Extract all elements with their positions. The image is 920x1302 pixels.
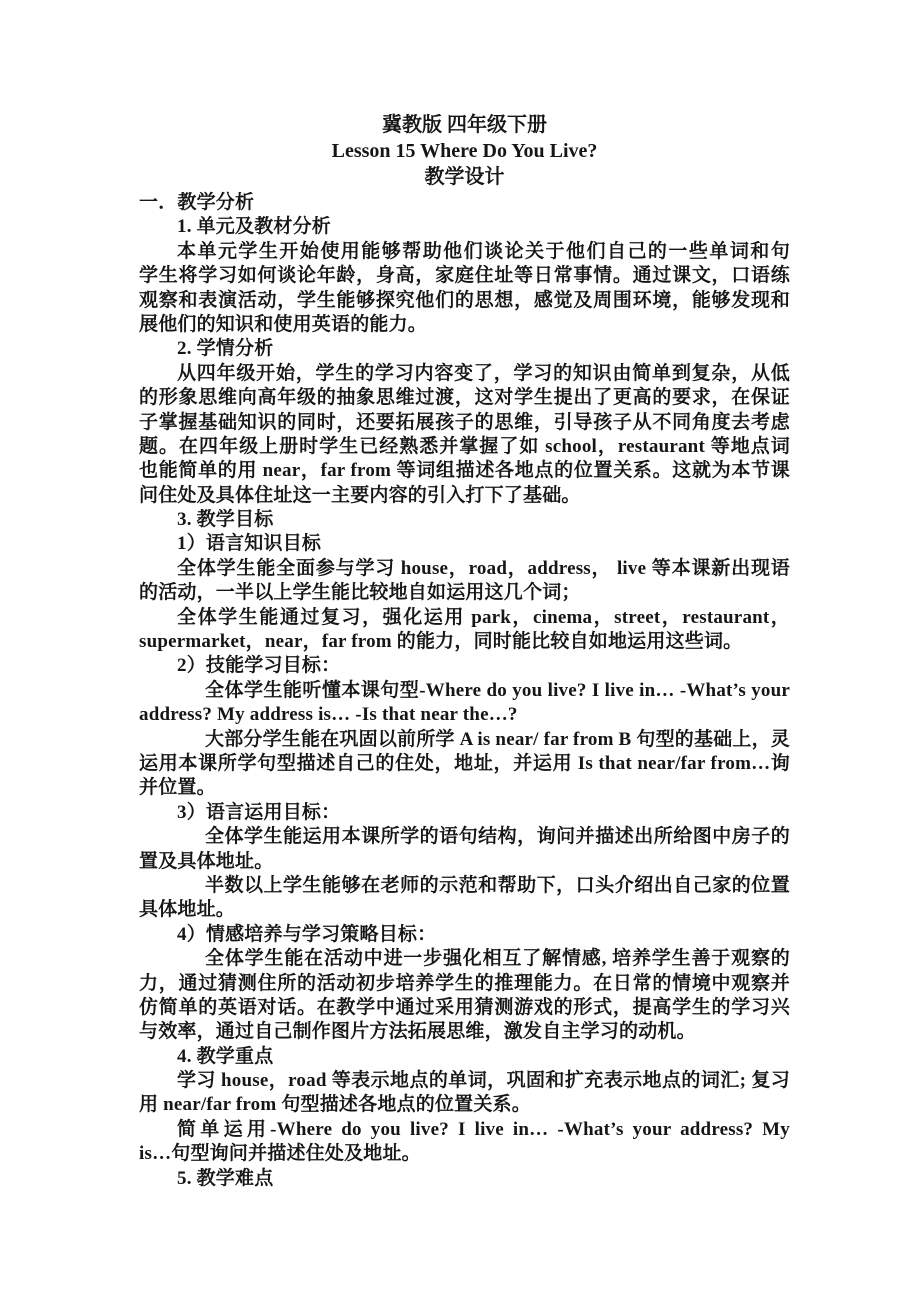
doc-title-lesson: Lesson 15 Where Do You Live? — [139, 138, 790, 164]
document-line: 大部分学生能在巩固以前所学 A is near/ far from B 句型的基… — [139, 728, 790, 752]
document-line: 具体地址。 — [139, 898, 790, 922]
document-line: 仿简单的英语对话。在教学中通过采用猜测游戏的形式，提高学生的学习兴趣 — [139, 996, 790, 1020]
document-line: is…句型询问并描述住处及地址。 — [139, 1142, 790, 1166]
document-line: 全体学生能听懂本课句型-Where do you live? I live in… — [139, 679, 790, 703]
document-line: address? My address is… -Is that near th… — [139, 703, 790, 727]
document-line: 展他们的知识和使用英语的能力。 — [139, 313, 790, 337]
document-line: 子掌握基础知识的同时，还要拓展孩子的思维，引导孩子从不同角度去考虑问 — [139, 411, 790, 435]
document-line: 一．教学分析 — [139, 191, 790, 215]
document-line: 的形象思维向高年级的抽象思维过渡，这对学生提出了更高的要求，在保证孩 — [139, 386, 790, 410]
document-line: 置及具体地址。 — [139, 850, 790, 874]
doc-title-subtitle: 教学设计 — [139, 164, 790, 190]
document-line: 运用本课所学句型描述自己的住处，地址，并运用 Is that near/far … — [139, 752, 790, 776]
document-body: 一．教学分析1. 单元及教材分析本单元学生开始使用能够帮助他们谈论关于他们自己的… — [139, 191, 790, 1191]
doc-title-edition: 冀教版 四年级下册 — [139, 112, 790, 138]
document-line: 观察和表演活动，学生能够探究他们的思想，感觉及周围环境，能够发现和拓 — [139, 289, 790, 313]
document-line: 学生将学习如何谈论年龄，身高，家庭住址等日常事情。通过课文，口语练习， — [139, 264, 790, 288]
document-line: 简单运用-Where do you live? I live in… -What… — [139, 1118, 790, 1142]
document-line: 1. 单元及教材分析 — [139, 215, 790, 239]
document-line: 问住处及具体住址这一主要内容的引入打下了基础。 — [139, 484, 790, 508]
document-page: 冀教版 四年级下册 Lesson 15 Where Do You Live? 教… — [0, 0, 920, 1302]
document-line: 3. 教学目标 — [139, 508, 790, 532]
document-line: 全体学生能运用本课所学的语句结构，询问并描述出所给图中房子的位 — [139, 825, 790, 849]
document-line: supermarket，near，far from 的能力，同时能比较自如地运用… — [139, 630, 790, 654]
document-line: 并位置。 — [139, 776, 790, 800]
document-line: 半数以上学生能够在老师的示范和帮助下，口头介绍出自己家的位置及 — [139, 874, 790, 898]
document-line: 力，通过猜测住所的活动初步培养学生的推理能力。在日常的情境中观察并模 — [139, 972, 790, 996]
document-line: 2. 学情分析 — [139, 337, 790, 361]
document-line: 全体学生能在活动中进一步强化相互了解情感, 培养学生善于观察的能 — [139, 947, 790, 971]
document-line: 的活动，一半以上学生能比较地自如运用这几个词； — [139, 581, 790, 605]
document-line: 4. 教学重点 — [139, 1045, 790, 1069]
document-line: 3）语言运用目标： — [139, 801, 790, 825]
document-line: 学习 house，road 等表示地点的单词，巩固和扩充表示地点的词汇; 复习运 — [139, 1069, 790, 1093]
document-line: 1）语言知识目标 — [139, 532, 790, 556]
document-line: 全体学生能全面参与学习 house，road，address， live 等本课… — [139, 557, 790, 581]
document-line: 4）情感培养与学习策略目标： — [139, 923, 790, 947]
document-line: 5. 教学难点 — [139, 1167, 790, 1191]
document-line: 2）技能学习目标： — [139, 654, 790, 678]
document-line: 与效率，通过自己制作图片方法拓展思维，激发自主学习的动机。 — [139, 1020, 790, 1044]
document-line: 本单元学生开始使用能够帮助他们谈论关于他们自己的一些单词和句子。 — [139, 240, 790, 264]
document-line: 题。在四年级上册时学生已经熟悉并掌握了如 school，restaurant 等… — [139, 435, 790, 459]
document-line: 用 near/far from 句型描述各地点的位置关系。 — [139, 1093, 790, 1117]
document-content: 冀教版 四年级下册 Lesson 15 Where Do You Live? 教… — [139, 112, 790, 1191]
document-line: 从四年级开始，学生的学习内容变了，学习的知识由简单到复杂，从低年级 — [139, 362, 790, 386]
document-line: 也能简单的用 near，far from 等词组描述各地点的位置关系。这就为本节… — [139, 459, 790, 483]
document-line: 全体学生能通过复习，强化运用 park，cinema，street，restau… — [139, 606, 790, 630]
